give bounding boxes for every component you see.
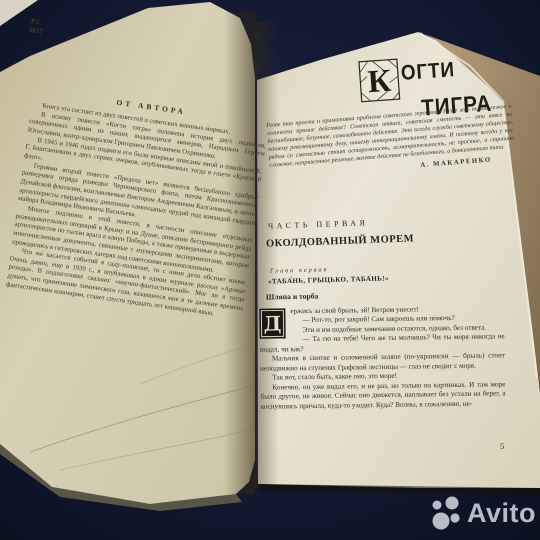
watermark-text: Avito (467, 500, 536, 527)
ornament-initial-icon: К (358, 58, 401, 103)
left-page-paragraphs: Книга эта состоит из двух повестей о сов… (5, 101, 267, 323)
title-rest: ОГТИ (400, 58, 456, 86)
paragraph: Конечно, он уже видал его, и не раз, но … (260, 380, 505, 412)
paragraph: Мальчик в свитке и соломенной шляпе (по-… (260, 352, 505, 374)
gutter-shadow-right (255, 22, 279, 488)
title-initial: К (366, 62, 392, 100)
right-page-body: Д ержись за свой брыль, эй! Ветром унесе… (259, 304, 505, 411)
avito-logo-icon (428, 495, 464, 531)
section-subtitle: Шляпа и торба (266, 292, 318, 302)
page-number: 5 (500, 441, 504, 451)
left-page-text: ОТ АВТОРА Книга эта состоит из двух пове… (5, 86, 269, 323)
dropcap-letter: Д (259, 308, 285, 338)
book-photo: Р2 П37 ОТ АВТОРА Книга эта состоит из дв… (0, 0, 540, 540)
right-page-paragraphs: ержись за свой брыль, эй! Ветром унесет!… (259, 304, 505, 411)
avito-watermark: Avito (428, 495, 536, 531)
